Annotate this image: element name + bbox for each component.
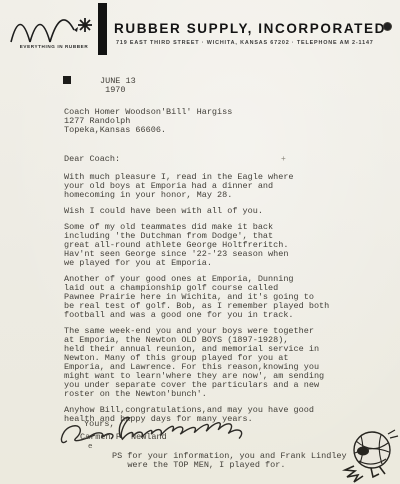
company-name: RUBBER SUPPLY, INCORPORATED [114,21,386,36]
letter-date: JUNE 13 1970 [100,77,136,95]
paragraph-wish: Wish I could have been with all of you. [64,207,364,216]
postscript: PS for your information, you and Frank L… [112,452,347,470]
salutation: Dear Coach: [64,155,120,164]
bouncing-ball-logo-icon [8,5,100,45]
paragraph-golf-course: Another of your good ones at Emporia, Du… [64,275,364,320]
logo-tagline: EVERYTHING IN RUBBER [5,44,103,49]
scanned-letter-page: EVERYTHING IN RUBBER RUBBER SUPPLY, INCO… [0,0,400,484]
recipient-address: Coach Homer Woodson'Bill' Hargiss 1277 R… [64,108,232,135]
paragraph-teammates: Some of my old teammates did make it bac… [64,223,364,268]
signature-stray-mark: e [88,443,93,451]
registered-mark-icon [384,23,391,30]
scan-artifact-square [63,76,71,84]
scan-artifact-plus: + [281,155,286,164]
rubber-ball-doodle-icon [341,428,399,484]
paragraph-newton-old-boys: The same week-end you and your boys were… [64,327,364,399]
letterhead-divider-bar [98,3,107,55]
paragraph-pleasure-eagle: With much pleasure I, read in the Eagle … [64,173,364,200]
company-address: 719 EAST THIRD STREET · WICHITA, KANSAS … [116,40,374,46]
letter-body: With much pleasure I, read in the Eagle … [64,173,364,431]
typed-signature-name: Carmen F. Newland [80,433,167,442]
handwritten-signature [55,405,256,450]
